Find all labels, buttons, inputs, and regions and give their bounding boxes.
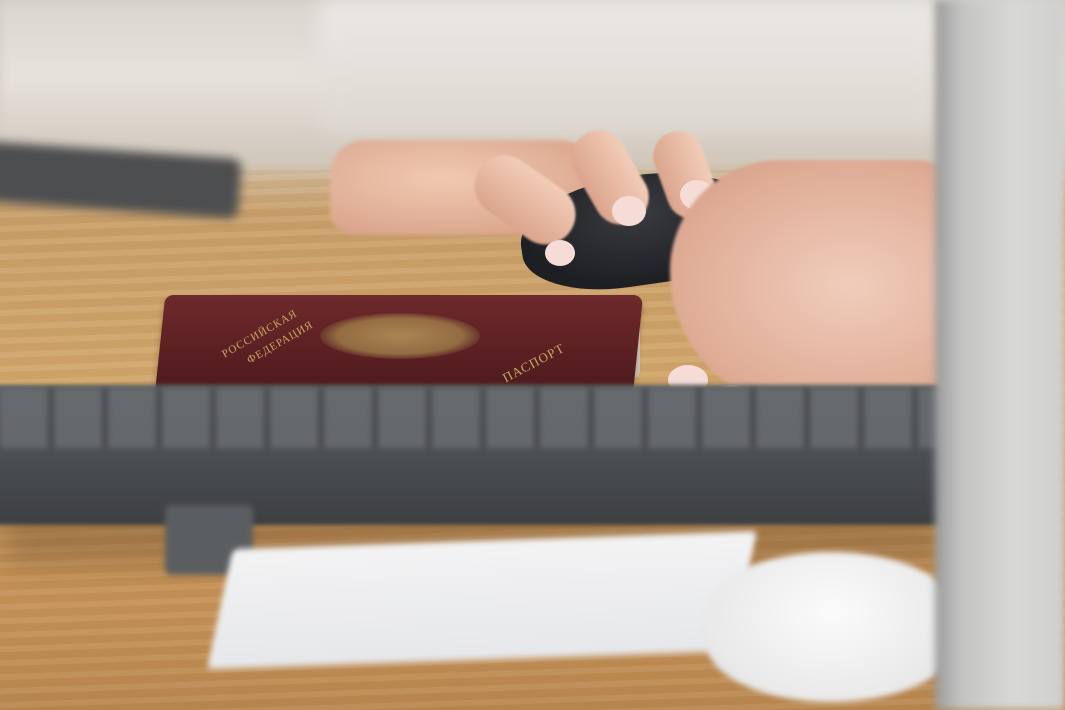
right-hand (670, 160, 970, 410)
white-paper (207, 531, 757, 669)
white-cup (706, 552, 956, 702)
fingernail (612, 196, 646, 226)
photo-scene: РОССИЙСКАЯ ФЕДЕРАЦИЯ ПАСПОРТ (0, 0, 1065, 710)
coat-of-arms-emblem (320, 313, 480, 359)
blurred-monitor (320, 0, 940, 130)
blurred-side-panel (935, 0, 1065, 710)
keyboard-keys (0, 388, 950, 448)
fingernail (545, 240, 575, 266)
